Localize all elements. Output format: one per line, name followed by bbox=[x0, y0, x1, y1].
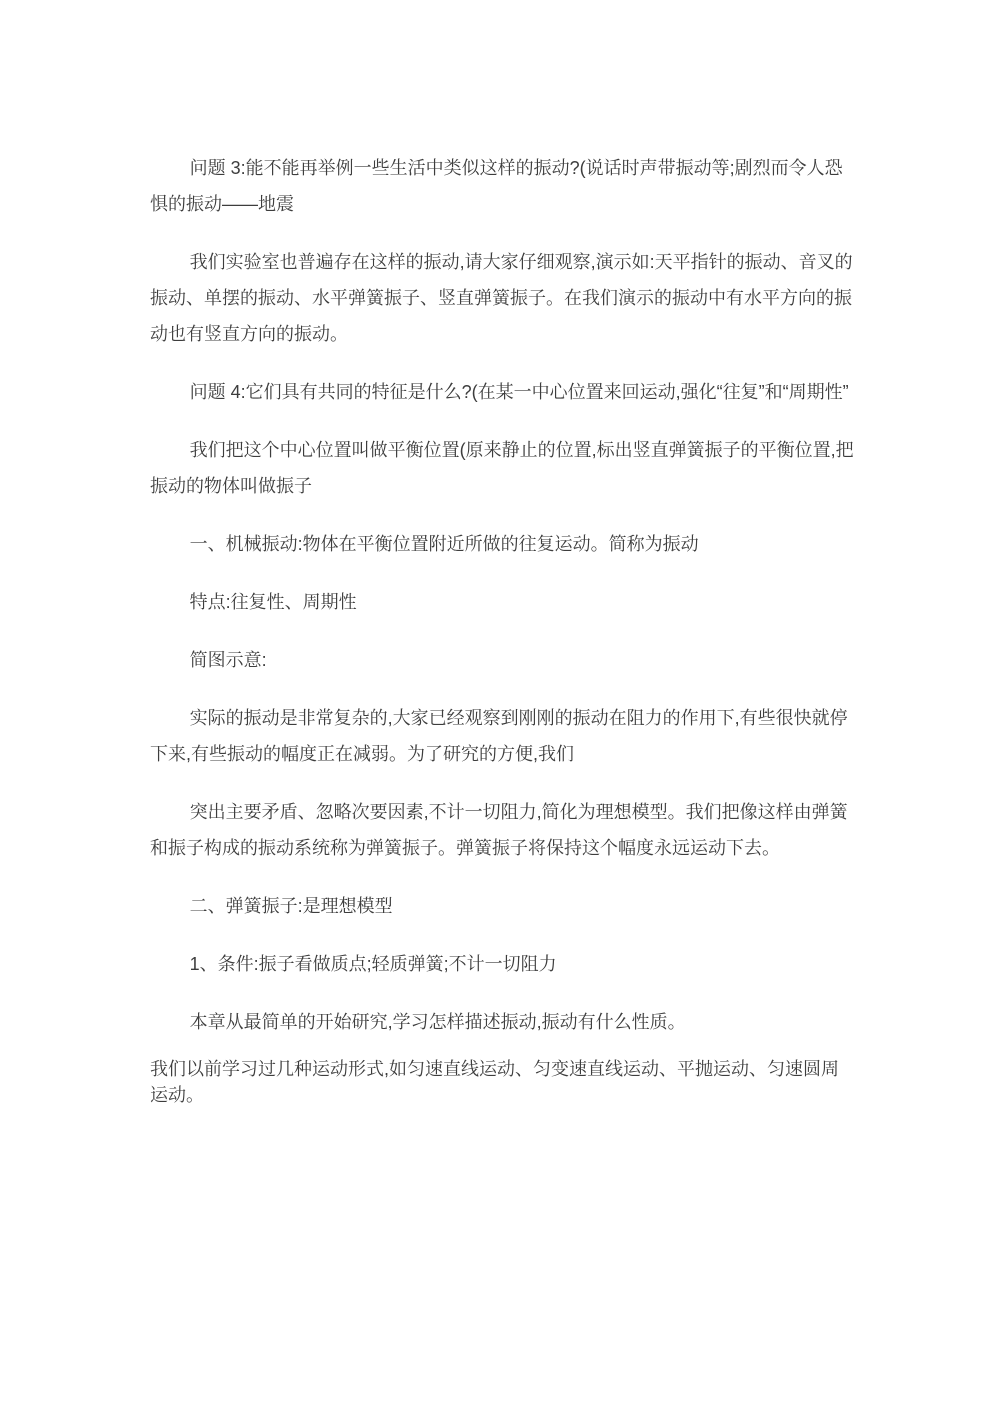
paragraph-question-4: 问题 4:它们具有共同的特征是什么?(在某一中心位置来回运动,强化“往复”和“周… bbox=[150, 374, 854, 410]
paragraph-chapter-intro: 本章从最简单的开始研究,学习怎样描述振动,振动有什么性质。 bbox=[150, 1004, 854, 1040]
document-text-block: 问题 3:能不能再举例一些生活中类似这样的振动?(说话时声带振动等;剧烈而令人恐… bbox=[150, 150, 854, 1108]
paragraph-characteristics: 特点:往复性、周期性 bbox=[150, 584, 854, 620]
paragraph-real-vibration: 实际的振动是非常复杂的,大家已经观察到刚刚的振动在阻力的作用下,有些很快就停下来… bbox=[150, 700, 854, 772]
heading-spring-oscillator: 二、弹簧振子:是理想模型 bbox=[150, 888, 854, 924]
paragraph-conditions: 1、条件:振子看做质点;轻质弹簧;不计一切阻力 bbox=[150, 946, 854, 982]
paragraph-question-3: 问题 3:能不能再举例一些生活中类似这样的振动?(说话时声带振动等;剧烈而令人恐… bbox=[150, 150, 854, 222]
paragraph-sketch-label: 简图示意: bbox=[150, 642, 854, 678]
paragraph-lab-demo: 我们实验室也普遍存在这样的振动,请大家仔细观察,演示如:天平指针的振动、音叉的振… bbox=[150, 244, 854, 352]
paragraph-equilibrium-position: 我们把这个中心位置叫做平衡位置(原来静止的位置,标出竖直弹簧振子的平衡位置,把振… bbox=[150, 432, 854, 504]
paragraph-ideal-model: 突出主要矛盾、忽略次要因素,不计一切阻力,简化为理想模型。我们把像这样由弹簧和振… bbox=[150, 794, 854, 866]
paragraph-motion-forms: 我们以前学习过几种运动形式,如匀速直线运动、匀变速直线运动、平抛运动、匀速圆周运… bbox=[150, 1056, 854, 1108]
heading-mechanical-vibration: 一、机械振动:物体在平衡位置附近所做的往复运动。简称为振动 bbox=[150, 526, 854, 562]
document-page: 问题 3:能不能再举例一些生活中类似这样的振动?(说话时声带振动等;剧烈而令人恐… bbox=[0, 0, 1000, 1414]
